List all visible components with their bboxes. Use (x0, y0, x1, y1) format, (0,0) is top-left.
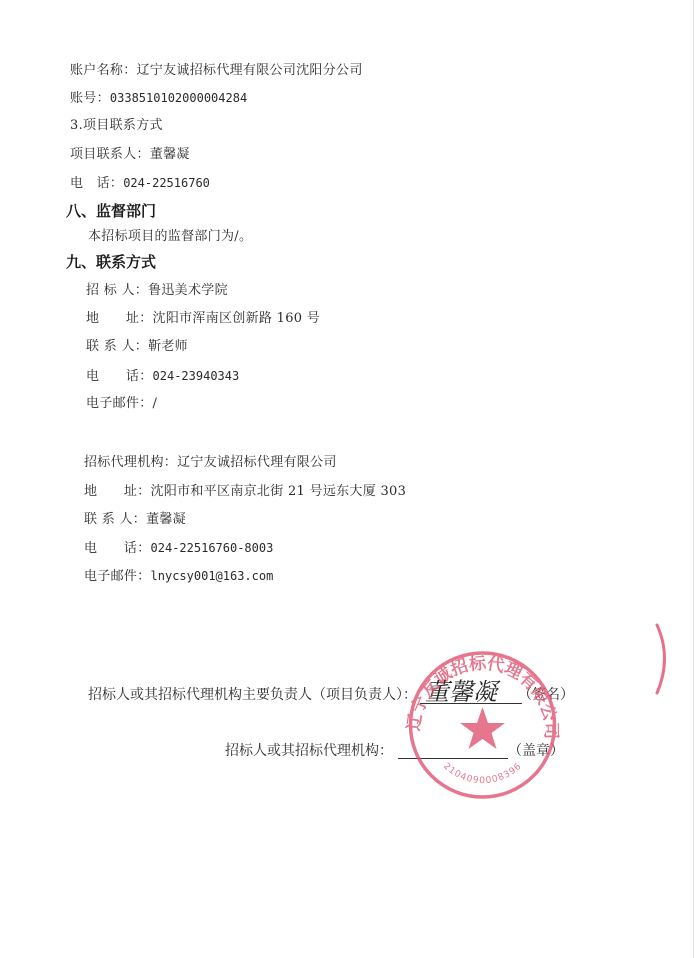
responsible-label: 招标人或其招标代理机构主要负责人（项目负责人）： (88, 687, 417, 703)
agency-name-line: 招标代理机构：辽宁友诚招标代理有限公司 (84, 455, 337, 471)
responsible-signature-line: 招标人或其招标代理机构主要负责人（项目负责人）： (88, 686, 417, 704)
tenderer-name-value: 鲁迅美术学院 (148, 283, 228, 298)
seal-code: 2104090008396 (441, 761, 524, 786)
tenderer-contact-label: 联 系 人： (86, 339, 148, 354)
tenderer-phone-line: 电 话：024-23940343 (86, 368, 239, 385)
project-contact-heading: 3.项目联系方式 (70, 118, 163, 134)
tenderer-email-value: / (153, 396, 158, 411)
org-seal-label: 招标人或其招标代理机构： (225, 742, 393, 760)
account-number-label: 账号： (70, 91, 110, 106)
tenderer-email-line: 电子邮件：/ (86, 396, 157, 412)
svg-text:2104090008396: 2104090008396 (441, 761, 524, 786)
account-number-line: 账号：0338510102000004284 (70, 90, 247, 107)
company-seal-icon: 辽宁友诚招标代理有限公司 2104090008396 (395, 645, 570, 805)
tenderer-address-value: 沈阳市浑南区创新路 160 号 (153, 311, 321, 326)
tenderer-contact-value: 靳老师 (148, 339, 188, 354)
project-contact-person-label: 项目联系人： (70, 147, 150, 162)
project-contact-phone-value: 024-22516760 (123, 176, 210, 190)
agency-address-value: 沈阳市和平区南京北街 21 号远东大厦 303 (151, 484, 407, 499)
agency-contact-line: 联 系 人：董馨凝 (84, 512, 186, 528)
tenderer-phone-value: 024-23940343 (153, 369, 240, 383)
tenderer-phone-label: 电 话： (86, 369, 153, 384)
agency-address-label: 地 址： (84, 484, 151, 499)
agency-address-line: 地 址：沈阳市和平区南京北街 21 号远东大厦 303 (84, 484, 406, 500)
agency-phone-line: 电 话：024-22516760-8003 (84, 540, 273, 557)
tenderer-address-line: 地 址：沈阳市浑南区创新路 160 号 (86, 311, 320, 327)
agency-email-value: lnycsy001@163.com (151, 569, 274, 583)
project-contact-person-value: 董馨凝 (150, 147, 190, 162)
tenderer-name-line: 招 标 人：鲁迅美术学院 (86, 283, 228, 299)
tenderer-address-label: 地 址： (86, 311, 153, 326)
tenderer-email-label: 电子邮件： (86, 396, 153, 411)
account-name-label: 账户名称： (70, 63, 137, 78)
agency-email-line: 电子邮件：lnycsy001@163.com (84, 568, 273, 585)
agency-contact-value: 董馨凝 (146, 512, 186, 527)
project-contact-person-line: 项目联系人：董馨凝 (70, 147, 190, 163)
account-name-value: 辽宁友诚招标代理有限公司沈阳分公司 (137, 63, 363, 78)
account-name-line: 账户名称：辽宁友诚招标代理有限公司沈阳分公司 (70, 63, 363, 79)
project-contact-phone-label: 电 话： (70, 176, 123, 191)
section-9-title: 九、联系方式 (66, 253, 156, 271)
agency-name-label: 招标代理机构： (84, 455, 177, 470)
partial-stamp-arc-icon (650, 620, 680, 700)
agency-email-label: 电子邮件： (84, 569, 151, 584)
agency-phone-value: 024-22516760-8003 (151, 541, 274, 555)
agency-name-value: 辽宁友诚招标代理有限公司 (177, 455, 337, 470)
agency-phone-label: 电 话： (84, 541, 151, 556)
agency-contact-label: 联 系 人： (84, 512, 146, 527)
section-8-body: 本招标项目的监督部门为/。 (88, 229, 252, 245)
account-number-value: 0338510102000004284 (110, 91, 247, 105)
project-contact-phone-line: 电 话：024-22516760 (70, 175, 210, 192)
tenderer-name-label: 招 标 人： (86, 283, 148, 298)
tenderer-contact-line: 联 系 人：靳老师 (86, 339, 188, 355)
section-8-title: 八、监督部门 (66, 202, 156, 220)
